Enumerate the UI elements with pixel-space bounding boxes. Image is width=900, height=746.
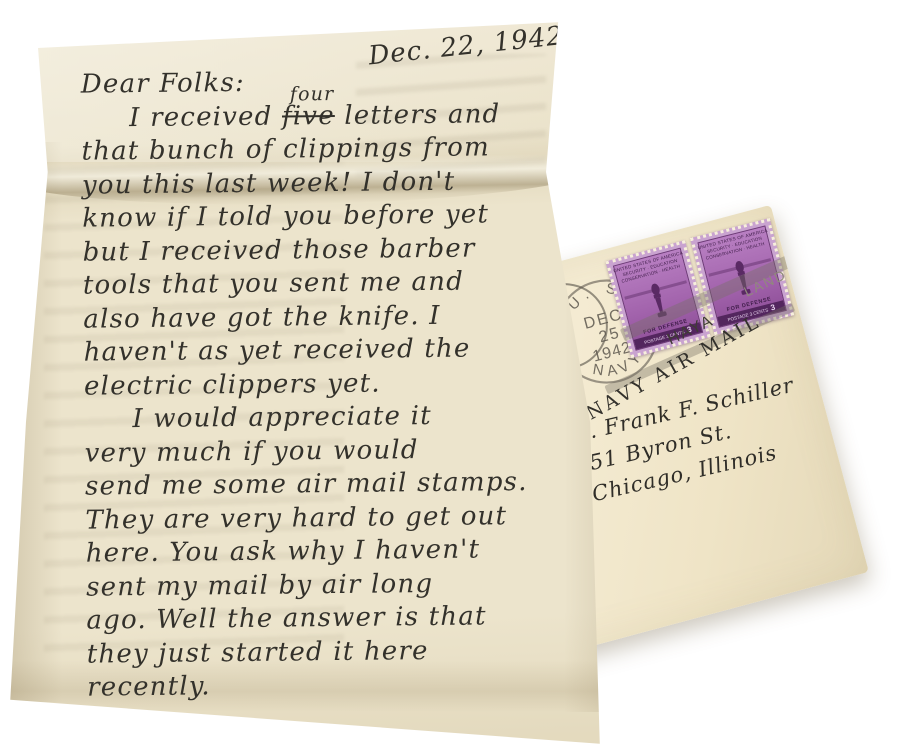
letter-line: I would appreciate it — [84, 398, 584, 437]
letter-line-corrected: I received fourfive letters and — [81, 97, 581, 136]
letter-line: know if I told you before yet — [82, 197, 582, 236]
letter-line: that bunch of clippings from — [81, 130, 581, 169]
inserted-word: four — [290, 84, 335, 103]
letter-line: sent my mail by air long — [86, 566, 586, 605]
letter-line: but I received those barber — [82, 231, 582, 270]
letter-line: haven't as yet received the — [83, 331, 583, 370]
photo-scene: CENSOR U. S. NAVY DEC 25 1942 — [0, 0, 900, 746]
letter-line-suffix: letters and — [335, 99, 501, 131]
letter-line: they just started it here — [87, 633, 587, 672]
letter-line: very much if you would — [85, 432, 585, 471]
letter-line: electric clippers yet. — [84, 365, 584, 404]
letter-line: tools that you sent me and — [83, 264, 583, 303]
letter-line: here. You ask why I haven't — [86, 532, 586, 571]
paper-edge-shading — [10, 142, 62, 702]
letter-line: ago. Well the answer is that — [86, 599, 586, 638]
letter-line: send me some air mail stamps. — [85, 465, 585, 504]
struck-word: five — [282, 100, 335, 131]
letter-line: They are very hard to get out — [85, 499, 585, 538]
letter-line-prefix: I received — [129, 101, 282, 133]
letter-line: you this last week! I don't — [82, 164, 582, 203]
letter-body: Dear Folks: I received fourfive letters … — [81, 63, 588, 705]
letter-line: also have got the knife. I — [83, 298, 583, 337]
correction: fourfive — [282, 99, 335, 133]
letter-line: recently. — [87, 666, 587, 705]
letter-page: Dec. 22, 1942 Dear Folks: I received fou… — [0, 12, 604, 746]
